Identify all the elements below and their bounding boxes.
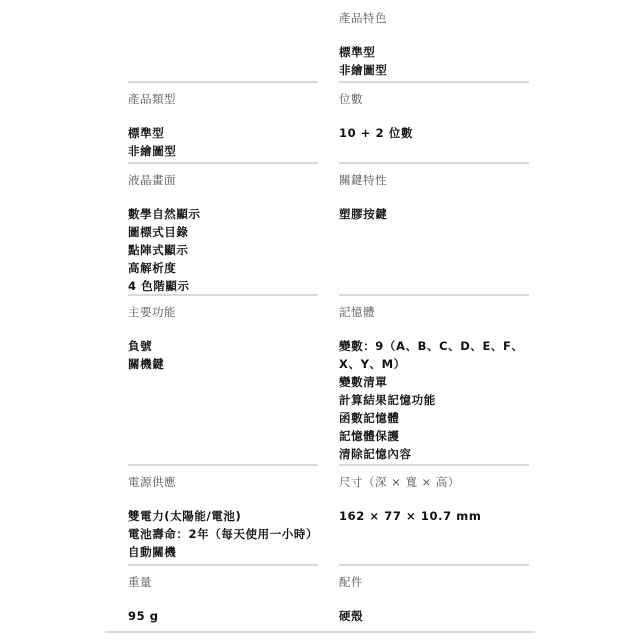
spec-digits: 位數 10 + 2 位數 (339, 91, 529, 142)
spec-value: 標準型 (128, 124, 318, 142)
spec-lcd-display: 液晶畫面 數學自然顯示 圖標式目錄 點陣式顯示 高解析度 4 色階顯示 (128, 172, 318, 295)
spec-key-features: 關鍵特性 塑膠按鍵 (339, 172, 529, 223)
divider (128, 464, 318, 466)
spec-accessories: 配件 硬殼 (339, 574, 529, 625)
spec-value: 記憶體保護 (339, 427, 529, 445)
spec-value: 非繪圖型 (339, 61, 529, 79)
divider (339, 294, 529, 296)
divider (339, 564, 529, 566)
spec-value: 95 g (128, 607, 318, 625)
divider (128, 162, 318, 164)
spec-memory: 記憶體 變數：9（A、B、C、D、E、F、X、Y、M） 變數清單 計算結果記憶功… (339, 304, 529, 463)
spec-value: 162 × 77 × 10.7 mm (339, 507, 529, 525)
spec-label: 重量 (128, 574, 318, 590)
divider (339, 81, 529, 83)
spec-value: 圖標式目錄 (128, 223, 318, 241)
spec-value: 10 + 2 位數 (339, 124, 529, 142)
divider (128, 81, 318, 83)
spec-power-supply: 電源供應 雙電力(太陽能/電池) 電池壽命：2年（每天使用一小時） 自動關機 (128, 474, 328, 561)
spec-label: 位數 (339, 91, 529, 107)
spec-value: 函數記憶體 (339, 409, 529, 427)
spec-weight: 重量 95 g (128, 574, 318, 625)
spec-label: 主要功能 (128, 304, 318, 320)
spec-value: 點陣式顯示 (128, 241, 318, 259)
divider (339, 162, 529, 164)
spec-value: 負號 (128, 337, 318, 355)
bottom-divider (105, 631, 535, 633)
spec-value: 關機鍵 (128, 355, 318, 373)
spec-label: 產品特色 (339, 10, 529, 26)
spec-main-functions: 主要功能 負號 關機鍵 (128, 304, 318, 373)
spec-label: 記憶體 (339, 304, 529, 320)
spec-label: 尺寸（深 × 寬 × 高） (339, 474, 529, 490)
spec-value: 非繪圖型 (128, 142, 318, 160)
spec-value: 硬殼 (339, 607, 529, 625)
spec-value: 標準型 (339, 43, 529, 61)
spec-value: 變數清單 (339, 373, 529, 391)
spec-label: 產品類型 (128, 91, 318, 107)
spec-value: 計算結果記憶功能 (339, 391, 529, 409)
divider (128, 294, 318, 296)
spec-product-features: 產品特色 標準型 非繪圖型 (339, 10, 529, 79)
spec-label: 電源供應 (128, 474, 328, 490)
spec-value: 清除記憶內容 (339, 445, 529, 463)
spec-value: 自動關機 (128, 543, 328, 561)
spec-label: 配件 (339, 574, 529, 590)
divider (339, 464, 529, 466)
spec-value: 電池壽命：2年（每天使用一小時） (128, 525, 328, 543)
spec-value: 變數：9（A、B、C、D、E、F、X、Y、M） (339, 337, 529, 373)
spec-value: 4 色階顯示 (128, 277, 318, 295)
divider (128, 564, 318, 566)
spec-dimensions: 尺寸（深 × 寬 × 高） 162 × 77 × 10.7 mm (339, 474, 529, 525)
spec-value: 雙電力(太陽能/電池) (128, 507, 328, 525)
spec-value: 數學自然顯示 (128, 205, 318, 223)
spec-label: 液晶畫面 (128, 172, 318, 188)
spec-value: 塑膠按鍵 (339, 205, 529, 223)
spec-product-type: 產品類型 標準型 非繪圖型 (128, 91, 318, 160)
spec-label: 關鍵特性 (339, 172, 529, 188)
spec-value: 高解析度 (128, 259, 318, 277)
